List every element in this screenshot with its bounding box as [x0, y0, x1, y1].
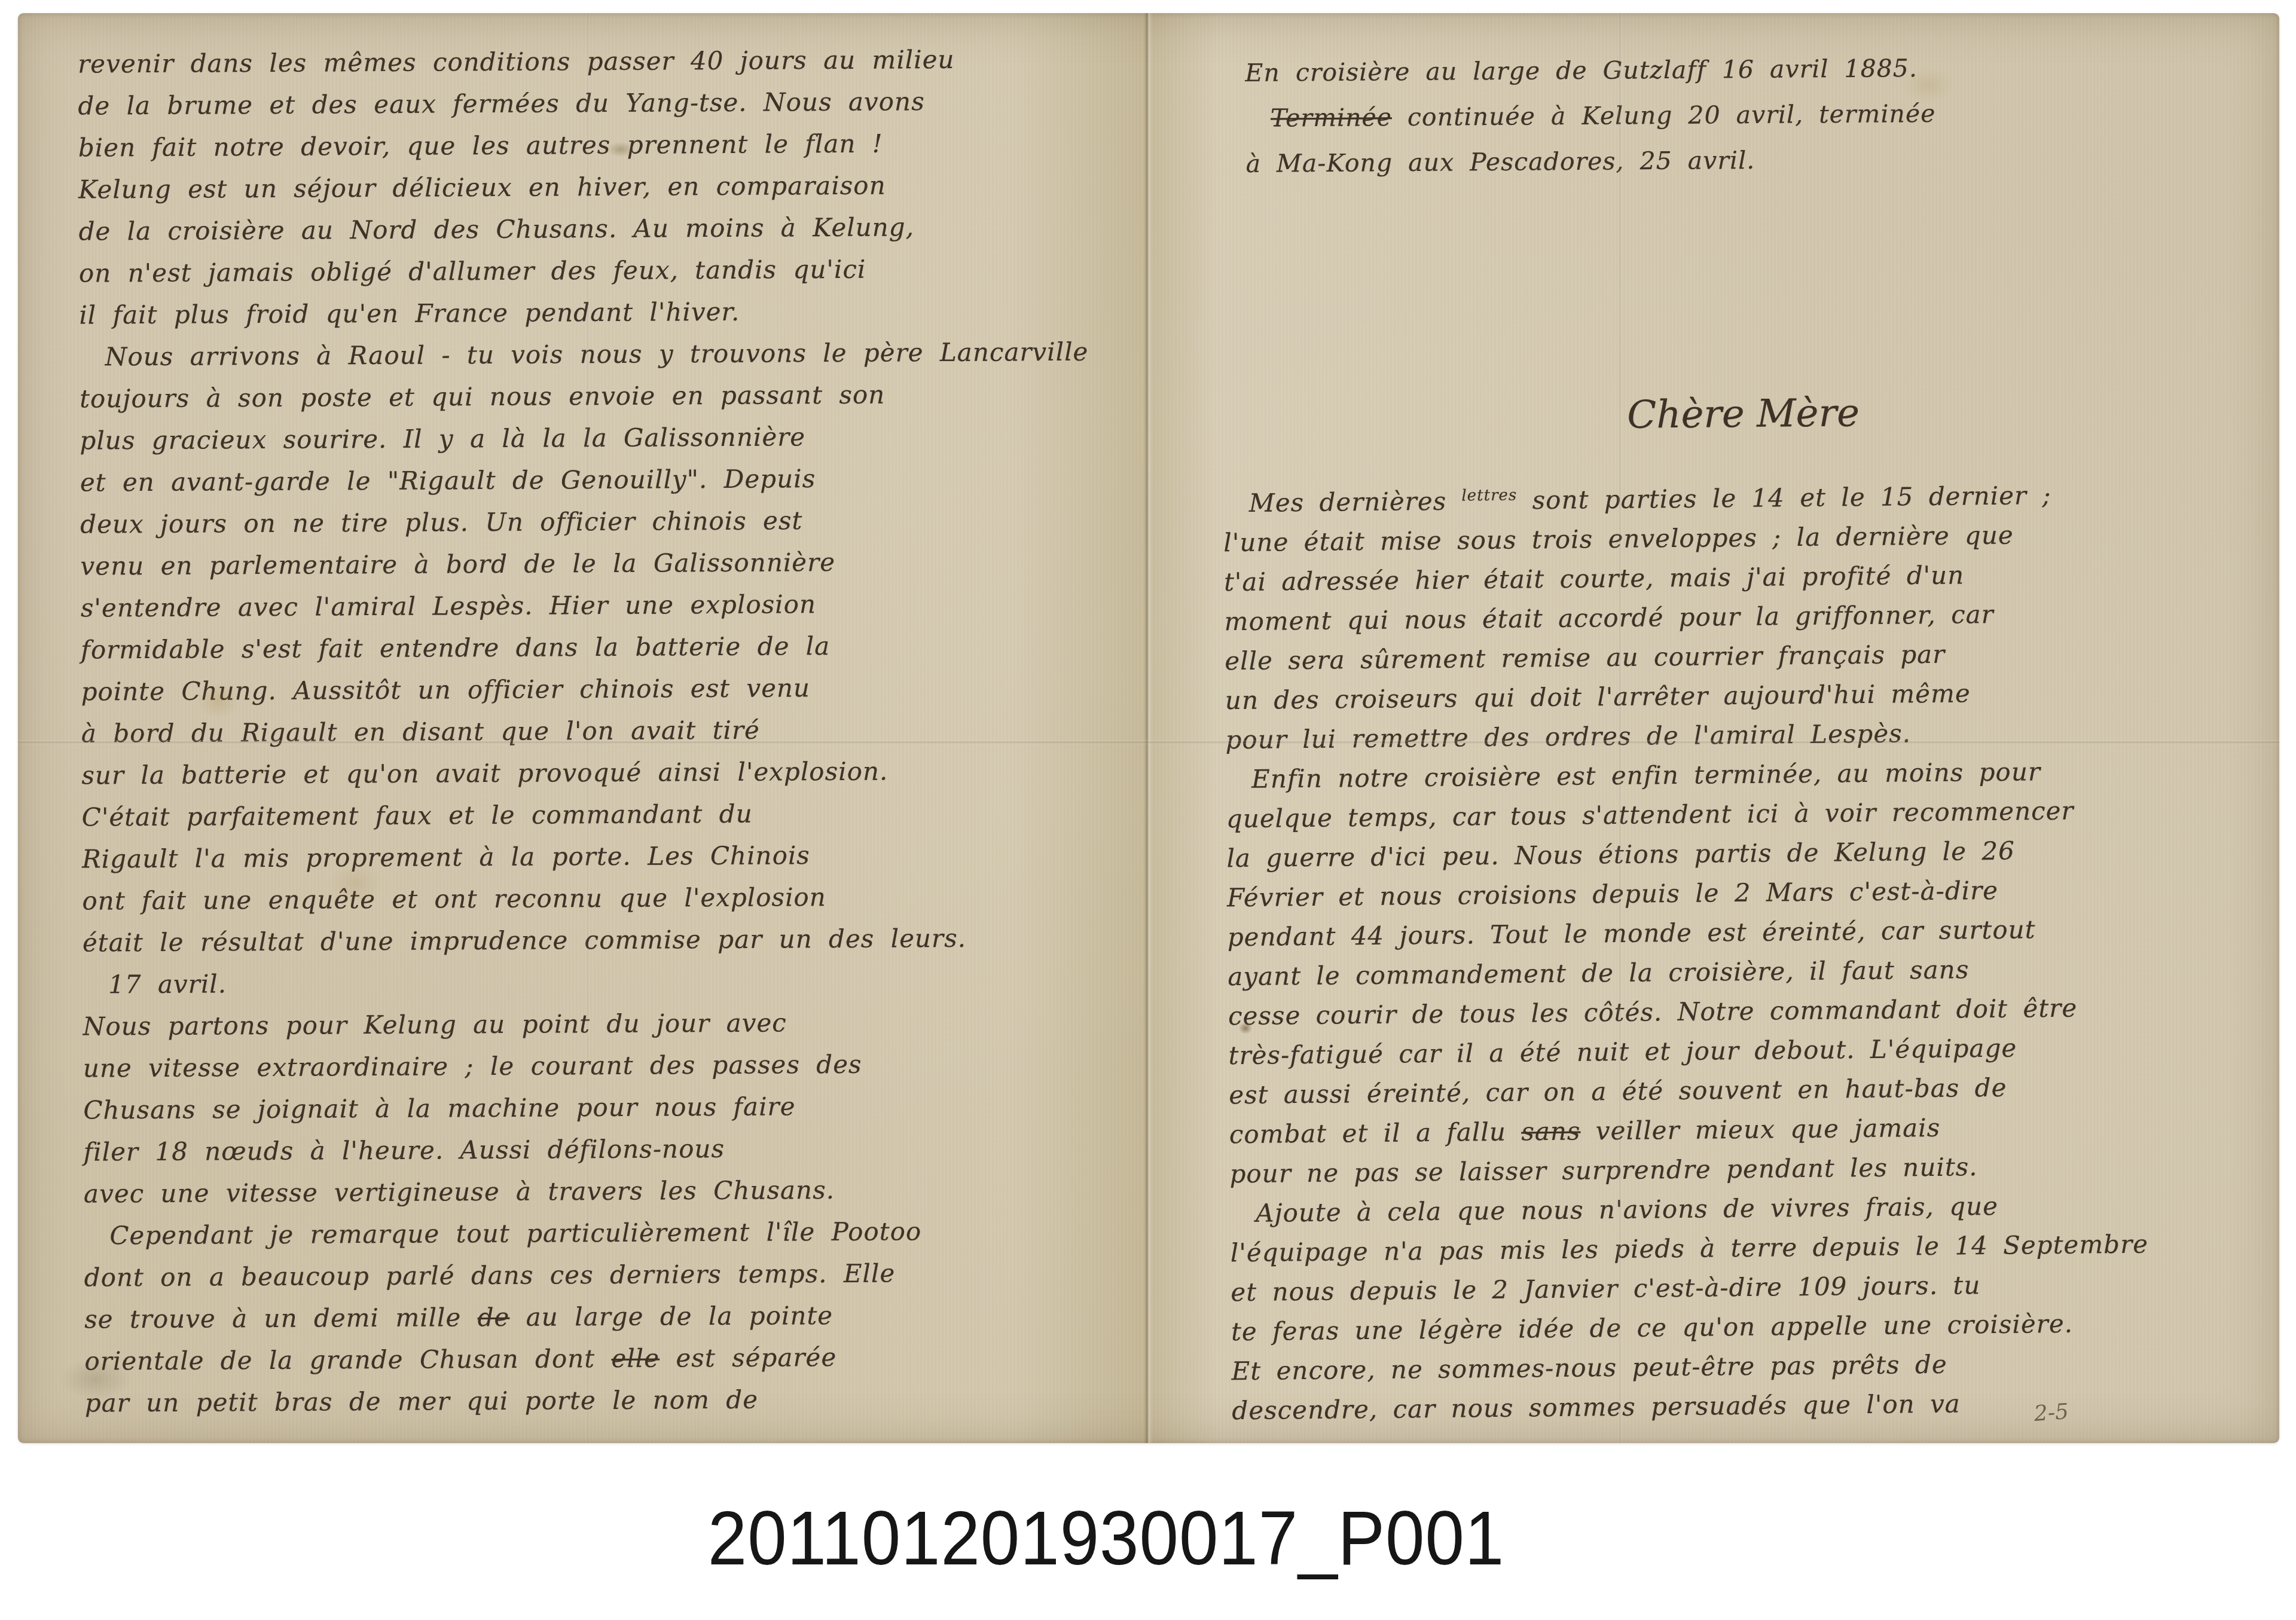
text-line: de la croisière au Nord des Chusans. Au … [78, 205, 1126, 252]
text-line: filer 18 nœuds à l'heure. Aussi défilons… [83, 1126, 1131, 1173]
text-line: il fait plus froid qu'en France pendant … [79, 289, 1127, 336]
text-line: de la brume et des eaux fermées du Yang-… [78, 80, 1126, 127]
paper-stain [1239, 1022, 1252, 1034]
text-line: Nous partons pour Kelung au point du jou… [83, 1000, 1131, 1047]
text-line: on n'est jamais obligé d'allumer des feu… [79, 247, 1127, 294]
text-line: C'était parfaitement faux et le commanda… [82, 791, 1130, 838]
letter-page-left: revenir dans les mêmes conditions passer… [18, 13, 1145, 1443]
text-line: revenir dans les mêmes conditions passer… [78, 38, 1126, 85]
text-line: à Ma-Kong aux Pescadores, 25 avril. [1245, 134, 2255, 187]
text-line: Rigault l'a mis proprement à la porte. L… [82, 833, 1130, 880]
text-line: toujours à son poste et qui nous envoie … [80, 372, 1128, 420]
paper-stain [1901, 67, 1955, 103]
fold-crease-horizontal [18, 740, 2279, 744]
paper-stain [607, 142, 634, 157]
letter-salutation: Chère Mère [1626, 391, 1859, 437]
fold-crease-vertical-right [1618, 13, 1622, 1443]
text-line: orientale de la grande Chusan dont elle … [84, 1335, 1132, 1382]
center-fold-seam [1144, 13, 1152, 1443]
text-line: dont on a beaucoup parlé dans ces dernie… [84, 1251, 1132, 1298]
left-page-text: revenir dans les mêmes conditions passer… [78, 38, 1133, 1424]
text-line: s'entendre avec l'amiral Lespès. Hier un… [81, 582, 1129, 629]
text-line: à bord du Rigault en disant que l'on ava… [81, 707, 1129, 754]
text-line: bien fait notre devoir, que les autres p… [78, 121, 1126, 169]
letter-dateline: En croisière au large de Gutzlaff 16 avr… [1245, 43, 2256, 187]
letter-page-right: En croisière au large de Gutzlaff 16 avr… [1151, 13, 2279, 1443]
text-line: venu en parlementaire à bord de le la Ga… [80, 540, 1128, 587]
text-line: 17 avril. [83, 958, 1131, 1005]
paper-stain [60, 1358, 132, 1400]
text-line: Chusans se joignait à la machine pour no… [83, 1084, 1131, 1131]
paper-stain [197, 683, 239, 719]
right-page-text: Mes dernières lettres sont parties le 14… [1223, 469, 2260, 1431]
text-line: une vitesse extraordinaire ; le courant … [83, 1042, 1131, 1089]
pencil-page-number: 2-5 [2034, 1399, 2070, 1426]
text-line: avec une vitesse vertigineuse à travers … [84, 1167, 1132, 1215]
text-line: plus gracieux sourire. Il y a là la la G… [80, 414, 1128, 461]
text-line: se trouve à un demi mille de au large de… [84, 1293, 1132, 1340]
letter-scan: revenir dans les mêmes conditions passer… [18, 13, 2279, 1443]
text-line: sur la batterie et qu'on avait provoqué … [81, 749, 1129, 796]
text-line: Cependant je remarque tout particulièrem… [84, 1209, 1132, 1257]
fold-crease-vertical-left [586, 13, 590, 1443]
text-line: par un petit bras de mer qui porte le no… [85, 1377, 1133, 1424]
text-line: Kelung est un séjour délicieux en hiver,… [78, 163, 1126, 210]
text-line: Nous arrivons à Raoul - tu vois nous y t… [80, 331, 1128, 378]
text-line: ont fait une enquête et ont reconnu que … [82, 875, 1130, 922]
text-line: deux jours on ne tire plus. Un officier … [80, 498, 1128, 545]
text-line: formidable s'est fait entendre dans la b… [81, 623, 1129, 671]
text-line: Terminée continuée à Kelung 20 avril, te… [1245, 88, 2255, 141]
paper-stain [329, 862, 383, 904]
text-line: En croisière au large de Gutzlaff 16 avr… [1245, 43, 2255, 96]
text-line: et en avant-garde le "Rigault de Genouil… [80, 456, 1128, 503]
scan-id-caption: 201101201930017_P001 [708, 1494, 1505, 1582]
text-line: était le résultat d'une imprudence commi… [83, 916, 1131, 964]
